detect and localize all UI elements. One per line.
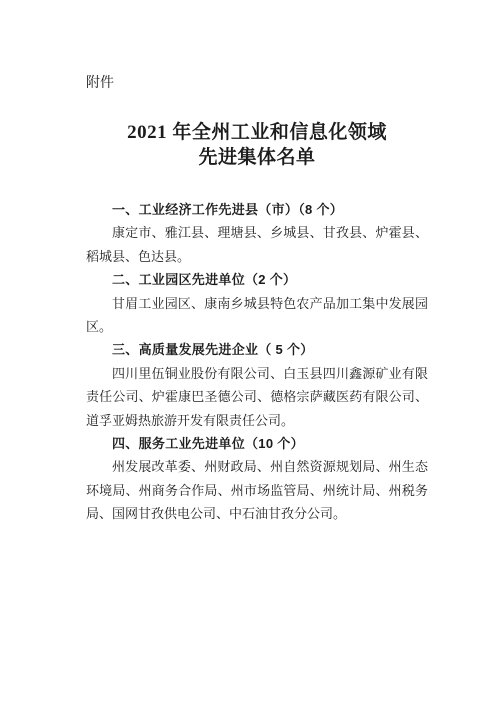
document-title-line-1: 2021 年全州工业和信息化领域: [86, 120, 428, 145]
section-2: 二、工业园区先进单位（2 个） 甘眉工业园区、康南乡城县特色农产品加工集中发展园…: [86, 268, 428, 338]
section-3: 三、高质量发展先进企业（ 5 个） 四川里伍铜业股份有限公司、白玉县四川鑫源矿业…: [86, 338, 428, 432]
section-3-body: 四川里伍铜业股份有限公司、白玉县四川鑫源矿业有限责任公司、炉霍康巴圣德公司、德格…: [86, 362, 428, 432]
section-3-heading: 三、高质量发展先进企业（ 5 个）: [86, 338, 428, 361]
section-4: 四、服务工业先进单位（10 个） 州发展改革委、州财政局、州自然资源规划局、州生…: [86, 432, 428, 526]
section-1: 一、工业经济工作先进县（市）（8 个） 康定市、雅江县、理塘县、乡城县、甘孜县、…: [86, 198, 428, 268]
document-title: 2021 年全州工业和信息化领域 先进集体名单: [86, 120, 428, 170]
section-4-body: 州发展改革委、州财政局、州自然资源规划局、州生态环境局、州商务合作局、州市场监管…: [86, 455, 428, 525]
document-page: 附件 2021 年全州工业和信息化领域 先进集体名单 一、工业经济工作先进县（市…: [0, 0, 500, 706]
section-2-heading: 二、工业园区先进单位（2 个）: [86, 268, 428, 291]
section-1-heading: 一、工业经济工作先进县（市）（8 个）: [86, 198, 428, 221]
document-title-line-2: 先进集体名单: [86, 145, 428, 170]
section-4-heading: 四、服务工业先进单位（10 个）: [86, 432, 428, 455]
section-2-body: 甘眉工业园区、康南乡城县特色农产品加工集中发展园区。: [86, 292, 428, 339]
attachment-label: 附件: [86, 74, 428, 94]
section-1-body: 康定市、雅江县、理塘县、乡城县、甘孜县、炉霍县、稻城县、色达县。: [86, 221, 428, 268]
